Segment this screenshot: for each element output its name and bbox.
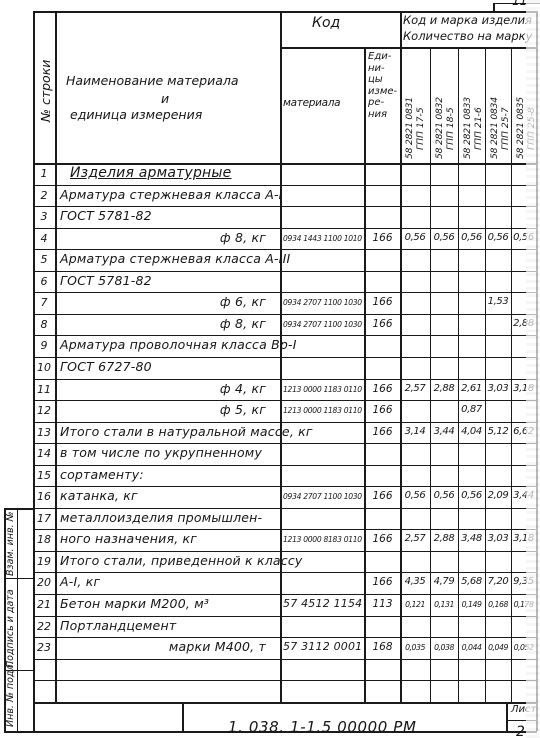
quantity-cell: 2,88 [430, 383, 458, 394]
unit-code: 113 [365, 598, 400, 610]
signature-date-label: Подпись и дата [5, 589, 16, 668]
row-number: 14 [33, 447, 55, 460]
row-number: 8 [33, 318, 55, 331]
unit-header-line: Еди- [368, 51, 391, 62]
material-name: Итого стали в натуральной массе, кг [60, 424, 313, 439]
quantity-cell: 0,044 [458, 643, 485, 652]
row-number: 5 [33, 253, 55, 266]
row-number: 19 [33, 555, 55, 568]
material-code: 0934 1443 1100 1010 [283, 234, 362, 243]
quantity-cell: 4,35 [400, 576, 430, 587]
material-name: ф 8, кг [55, 230, 266, 245]
quantity-cell: 3,03 [485, 383, 511, 394]
row-number: 12 [33, 404, 55, 417]
quantity-cell: 0,56 [400, 490, 430, 501]
quantity-cell: 3,03 [485, 533, 511, 544]
quantity-cell: 2,57 [400, 533, 430, 544]
quantity-cell: 5,12 [485, 426, 511, 437]
material-code: 1213 0000 1183 0110 [283, 385, 362, 394]
unit-code: 166 [365, 296, 400, 308]
inventory-original-label: Инв. № подл. [5, 661, 16, 727]
product-mark-header: ГПП 18-5 [445, 107, 456, 150]
quantity-cell: 0,049 [485, 643, 511, 652]
material-code: 1213 0000 1183 0110 [283, 406, 362, 415]
row-number: 18 [33, 533, 55, 546]
material-name: металлоизделия промышлен- [60, 510, 262, 525]
material-name: Изделия арматурные [70, 165, 231, 181]
quantity-cell: 1,53 [485, 296, 511, 307]
material-name: сортаменту: [60, 467, 144, 482]
row-number: 21 [33, 598, 55, 611]
grid-line-h [33, 680, 536, 681]
quantity-cell: 0,121 [400, 600, 430, 609]
grid-line-h [280, 47, 536, 49]
unit-header-line: ре- [368, 97, 384, 108]
material-name: Портландцемент [60, 618, 176, 633]
quantity-cell: 4,79 [430, 576, 458, 587]
quantity-cell: 0,56 [430, 232, 458, 243]
material-code: 57 4512 1154 [283, 597, 362, 610]
quantity-cell: 4,04 [458, 426, 485, 437]
material-name-header: Наименование материала [66, 73, 239, 88]
scan-noise-texture [526, 0, 540, 738]
grid-line-h [4, 731, 33, 733]
quantity-cell: 0,56 [485, 232, 511, 243]
quantity-cell: 5,68 [458, 576, 485, 587]
quantity-cell: 0,56 [458, 232, 485, 243]
material-name: Итого стали, приведенной к классу [60, 553, 303, 568]
quantity-cell: 0,56 [400, 232, 430, 243]
material-code-header: материала [283, 97, 340, 109]
quantity-cell: 3,14 [400, 426, 430, 437]
material-name: Арматура стержневая класса А-I [60, 187, 283, 202]
row-number: 1 [33, 167, 55, 180]
unit-code: 166 [365, 426, 400, 438]
material-code: 0934 2707 1100 1030 [283, 492, 362, 501]
row-number: 7 [33, 296, 55, 309]
sheet-number: 2 [516, 724, 525, 738]
row-number: 23 [33, 641, 55, 654]
row-number: 6 [33, 275, 55, 288]
material-name: ГОСТ 5781-82 [60, 273, 152, 288]
unit-code: 166 [365, 576, 400, 588]
material-name: А-I, кг [60, 574, 100, 589]
quantity-cell: 0,149 [458, 600, 485, 609]
unit-code: 166 [365, 232, 400, 244]
product-code-header: 58 2821 0834 [489, 97, 500, 159]
row-number: 3 [33, 210, 55, 223]
grid-line-v [493, 3, 495, 11]
quantity-cell: 0,56 [458, 490, 485, 501]
grid-line-h [33, 659, 536, 660]
quantity-cell: 2,57 [400, 383, 430, 394]
material-name: ного назначения, кг [60, 531, 197, 546]
material-name: Арматура проволочная класса Вр-I [60, 337, 297, 352]
row-number: 4 [33, 232, 55, 245]
material-name-header-and: и [161, 91, 169, 106]
material-name: ф 5, кг [55, 402, 266, 417]
unit-header-line: ния [368, 109, 387, 120]
product-mark-header: ГПП 25-7 [500, 107, 511, 150]
material-code: 0934 2707 1100 1030 [283, 320, 362, 329]
row-number: 11 [33, 383, 55, 396]
material-name: Бетон марки М200, м³ [60, 596, 209, 611]
quantity-cell: 0,038 [430, 643, 458, 652]
material-name: ГОСТ 5781-82 [60, 208, 152, 223]
material-code: 0934 2707 1100 1030 [283, 298, 362, 307]
row-number-header: № строки [38, 60, 53, 122]
unit-of-measure-header: единица измерения [70, 107, 202, 122]
product-code-header: 58 2821 0832 [434, 97, 445, 159]
product-code-header: 58 2821 0831 [404, 97, 415, 159]
quantity-cell: 7,20 [485, 576, 511, 587]
material-name: марки М400, т [55, 639, 266, 654]
row-number: 15 [33, 469, 55, 482]
row-number: 13 [33, 426, 55, 439]
quantity-cell: 0,131 [430, 600, 458, 609]
grid-line-h [4, 578, 33, 579]
grid-line-v [17, 508, 18, 731]
quantity-cell: 3,44 [430, 426, 458, 437]
quantity-cell: 0,87 [458, 404, 485, 415]
row-number: 22 [33, 620, 55, 633]
product-mark-header: ГПП 21-6 [473, 107, 484, 150]
row-number: 17 [33, 512, 55, 525]
material-code: 1213 0000 8183 0110 [283, 535, 362, 544]
inventory-replaced-label: Взам. инв. № [5, 511, 16, 576]
material-name: ф 8, кг [55, 316, 266, 331]
products-header-line2: Количество на марку [403, 29, 532, 43]
grid-line-v [182, 702, 184, 731]
material-name: ф 4, кг [55, 381, 266, 396]
unit-code: 166 [365, 404, 400, 416]
grid-line-h [33, 702, 536, 704]
material-name: катанка, кг [60, 488, 138, 503]
unit-code: 166 [365, 318, 400, 330]
unit-header-line: цы [368, 74, 383, 85]
quantity-cell: 3,48 [458, 533, 485, 544]
quantity-cell: 0,035 [400, 643, 430, 652]
unit-code: 168 [365, 641, 400, 653]
unit-code: 166 [365, 383, 400, 395]
document-code: 1. 038. 1-1.5 00000 РМ [228, 718, 417, 736]
unit-header-line: ни- [368, 63, 385, 74]
material-name: ГОСТ 6727-80 [60, 359, 152, 374]
material-name: в том числе по укрупненному [60, 445, 262, 460]
quantity-cell: 2,61 [458, 383, 485, 394]
material-name: ф 6, кг [55, 294, 266, 309]
code-header: Код [312, 15, 340, 31]
page-corner-number: 11 [512, 0, 527, 8]
quantity-cell: 0,56 [430, 490, 458, 501]
row-number: 16 [33, 490, 55, 503]
products-header-line1: Код и марка изделия [403, 13, 532, 27]
product-code-header: 58 2821 0833 [462, 97, 473, 159]
unit-code: 166 [365, 533, 400, 545]
quantity-cell: 2,88 [430, 533, 458, 544]
row-number: 2 [33, 189, 55, 202]
product-code-header: 58 2821 0835 [515, 97, 526, 159]
quantity-cell: 0,168 [485, 600, 511, 609]
row-number: 10 [33, 361, 55, 374]
unit-code: 166 [365, 490, 400, 502]
product-mark-header: ГПП 17-5 [415, 107, 426, 150]
quantity-cell: 2,09 [485, 490, 511, 501]
row-number: 20 [33, 576, 55, 589]
row-number: 9 [33, 339, 55, 352]
material-name: Арматура стержневая класса А-III [60, 251, 290, 266]
grid-line-h [33, 572, 536, 573]
unit-header-line: изме- [368, 86, 397, 97]
grid-line-v [506, 702, 508, 731]
grid-line-h [4, 508, 33, 510]
material-code: 57 3112 0001 [283, 640, 362, 653]
